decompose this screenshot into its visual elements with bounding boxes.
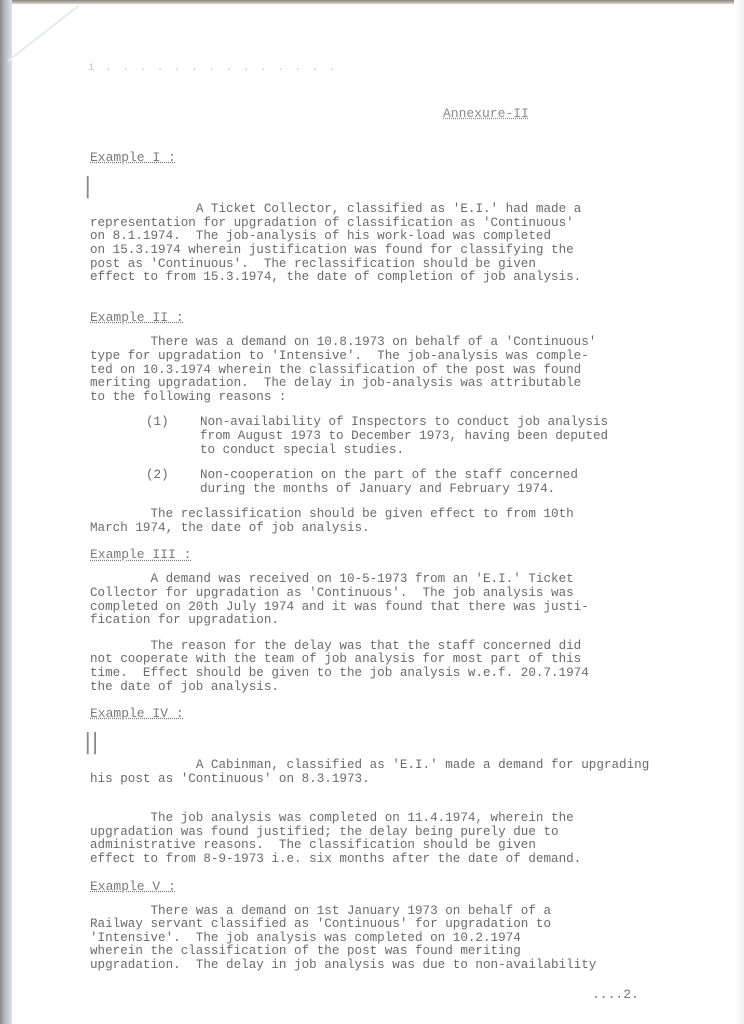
paragraph: || A Cabinman, classified as 'E.I.' made… (90, 732, 690, 800)
paragraph: The job analysis was completed on 11.4.1… (90, 812, 690, 866)
reason-number: (1) (90, 416, 200, 457)
section-example-4: Example IV : || A Cabinman, classified a… (90, 706, 690, 866)
section-example-2: Example II : There was a demand on 10.8.… (90, 310, 690, 535)
section-heading: Example V : (90, 879, 690, 895)
document-body: Example I : | A Ticket Collector, classi… (90, 150, 690, 985)
section-heading: Example II : (90, 310, 690, 326)
scan-top-edge (0, 0, 744, 4)
faint-header-text: i . . . . . . . . . . . . . . (88, 62, 337, 74)
paragraph: The reason for the delay was that the st… (90, 640, 690, 694)
section-heading: Example III : (90, 547, 690, 563)
paragraph: There was a demand on 10.8.1973 on behal… (90, 336, 690, 404)
scan-binding-edge (0, 0, 12, 1024)
margin-double-bar-mark: || (84, 732, 99, 754)
reason-item: (2) Non-cooperation on the part of the s… (90, 469, 690, 496)
paragraph: The reclassification should be given eff… (90, 508, 690, 535)
paragraph: A demand was received on 10-5-1973 from … (90, 573, 690, 627)
paper-fold-mark (7, 5, 79, 62)
section-example-5: Example V : There was a demand on 1st Ja… (90, 879, 690, 973)
section-example-3: Example III : A demand was received on 1… (90, 547, 690, 694)
reason-text: Non-availability of Inspectors to conduc… (200, 416, 608, 457)
page-continuation-marker: ....2. (592, 987, 639, 1002)
paragraph: There was a demand on 1st January 1973 o… (90, 905, 690, 973)
annexure-title: Annexure-II (443, 106, 529, 121)
paragraph: | A Ticket Collector, classified as 'E.I… (90, 176, 690, 298)
section-heading: Example IV : (90, 706, 690, 722)
section-example-1: Example I : | A Ticket Collector, classi… (90, 150, 690, 298)
margin-bracket-mark: | (84, 176, 91, 198)
reason-item: (1) Non-availability of Inspectors to co… (90, 416, 690, 457)
reason-number: (2) (90, 469, 200, 496)
paragraph-text: A Ticket Collector, classified as 'E.I.'… (90, 202, 581, 284)
reason-text: Non-cooperation on the part of the staff… (200, 469, 578, 496)
scan-right-edge (734, 0, 744, 1024)
section-heading: Example I : (90, 150, 690, 166)
paragraph-text: A Cabinman, classified as 'E.I.' made a … (90, 758, 649, 786)
